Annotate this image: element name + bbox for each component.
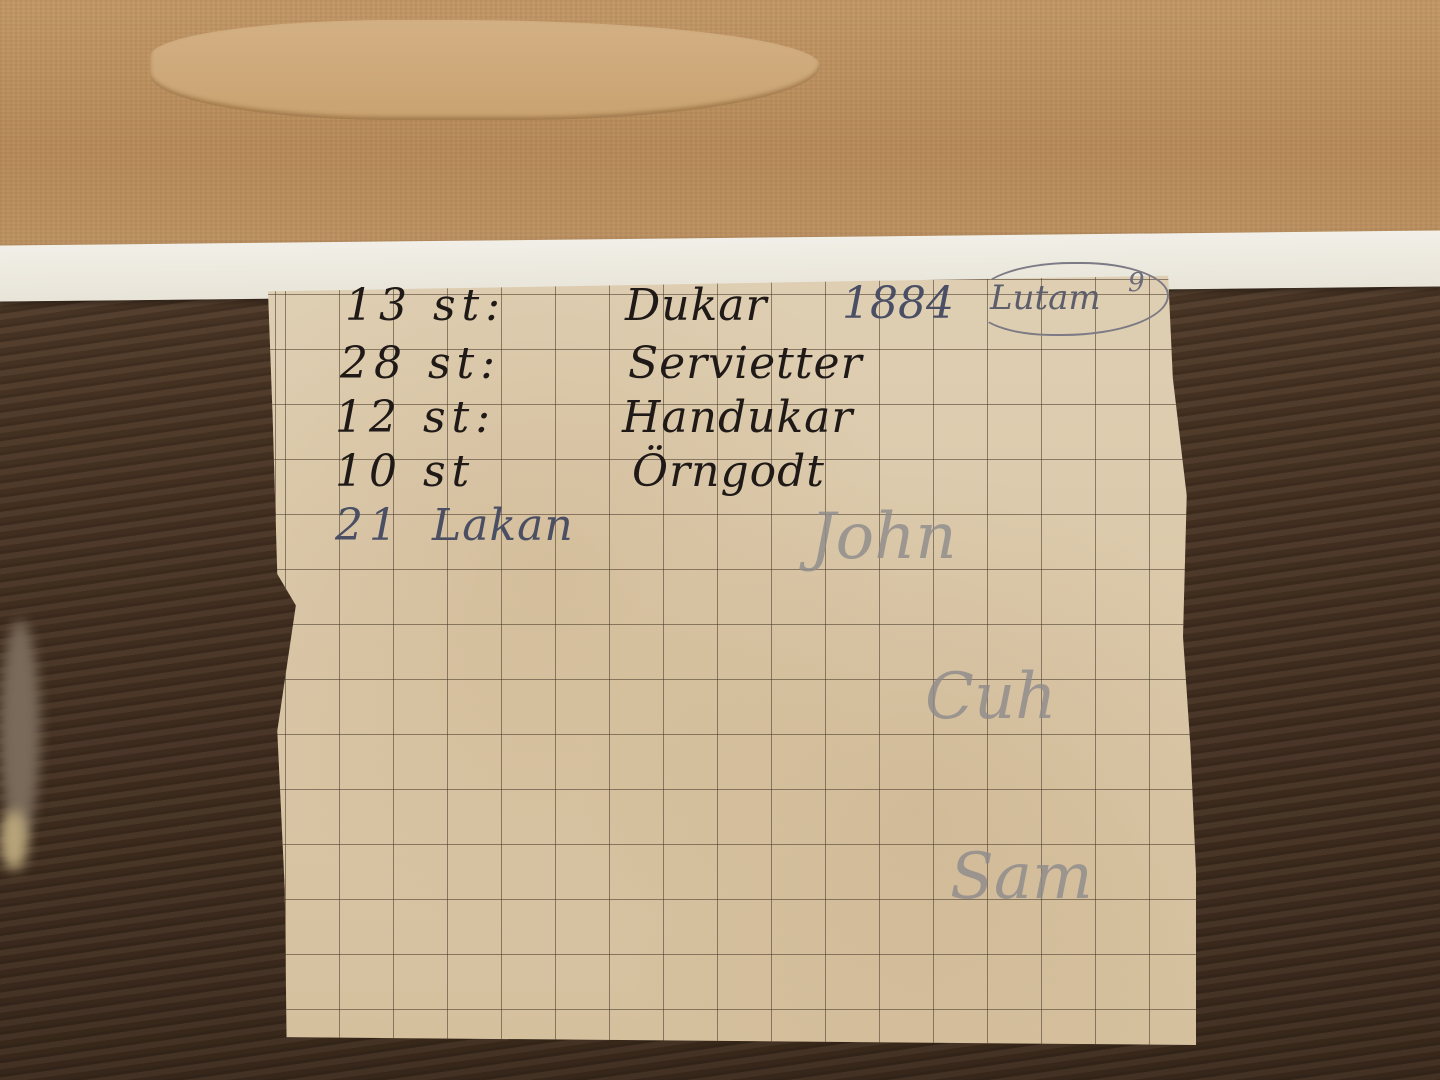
envelope-flap [0, 0, 1440, 250]
envelope-tear [150, 20, 820, 120]
row-item: Örngodt [632, 446, 825, 497]
corner-mark: 9 [1128, 268, 1145, 298]
row-quantity: 21 [335, 500, 403, 551]
row-item: Handukar [622, 392, 853, 443]
wood-stain [0, 620, 40, 840]
year-note: 1884 [842, 278, 954, 329]
row-item: Dukar [625, 280, 768, 331]
row-item: Lakan [432, 500, 574, 551]
pencil-scribble: John [810, 500, 957, 574]
row-item: Servietter [628, 338, 863, 389]
wood-stain [0, 810, 28, 870]
row-quantity: 12 st: [335, 392, 496, 443]
row-quantity: 10 st [335, 446, 475, 497]
row-quantity: 28 st: [340, 338, 501, 389]
pencil-scribble: Sam [950, 840, 1093, 914]
row-quantity: 13 st: [345, 280, 506, 331]
corner-note: Lutam [990, 278, 1101, 318]
pencil-scribble: Cuh [925, 660, 1056, 734]
